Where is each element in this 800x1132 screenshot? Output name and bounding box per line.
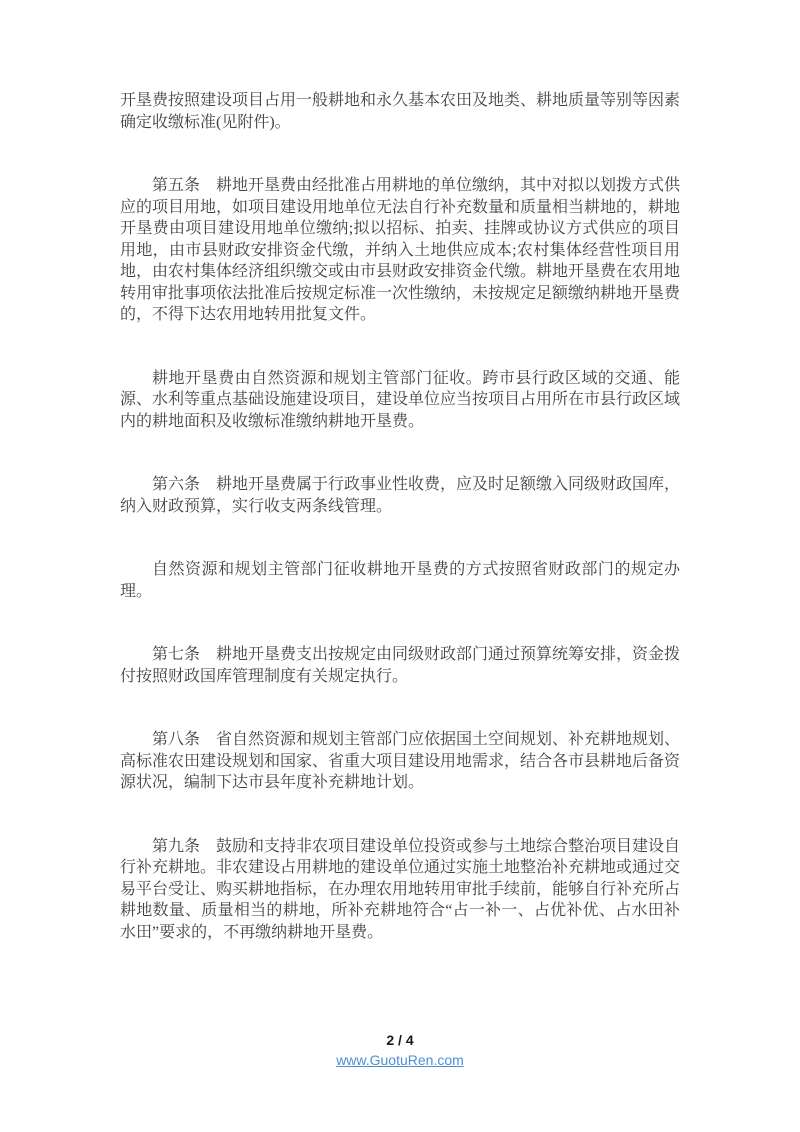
- paragraph-article-7: 第七条 耕地开垦费支出按规定由同级财政部门通过预算统筹安排，资金拨付按照财政国库…: [120, 644, 680, 687]
- paragraph: 开垦费按照建设项目占用一般耕地和永久基本农田及地类、耕地质量等别等因素确定收缴标…: [120, 90, 680, 133]
- paragraph-article-8: 第八条 省自然资源和规划主管部门应依据国土空间规划、补充耕地规划、高标准农田建设…: [120, 729, 680, 794]
- paragraph: 自然资源和规划主管部门征收耕地开垦费的方式按照省财政部门的规定办理。: [120, 559, 680, 602]
- page-number: 2 / 4: [0, 1032, 800, 1048]
- document-content: 开垦费按照建设项目占用一般耕地和永久基本农田及地类、耕地质量等别等因素确定收缴标…: [120, 90, 680, 985]
- document-page: 开垦费按照建设项目占用一般耕地和永久基本农田及地类、耕地质量等别等因素确定收缴标…: [0, 0, 800, 1132]
- paragraph-article-6: 第六条 耕地开垦费属于行政事业性收费，应及时足额缴入同级财政国库，纳入财政预算，…: [120, 474, 680, 517]
- page-footer: 2 / 4 www.GuotuRen.com: [0, 1032, 800, 1070]
- paragraph-article-5: 第五条 耕地开垦费由经批准占用耕地的单位缴纳，其中对拟以划拨方式供应的项目用地，…: [120, 175, 680, 326]
- paragraph-article-9: 第九条 鼓励和支持非农项目建设单位投资或参与土地综合整治项目建设自行补充耕地。非…: [120, 836, 680, 944]
- paragraph: 耕地开垦费由自然资源和规划主管部门征收。跨市县行政区域的交通、能源、水利等重点基…: [120, 368, 680, 433]
- website-link[interactable]: www.GuotuRen.com: [336, 1052, 464, 1068]
